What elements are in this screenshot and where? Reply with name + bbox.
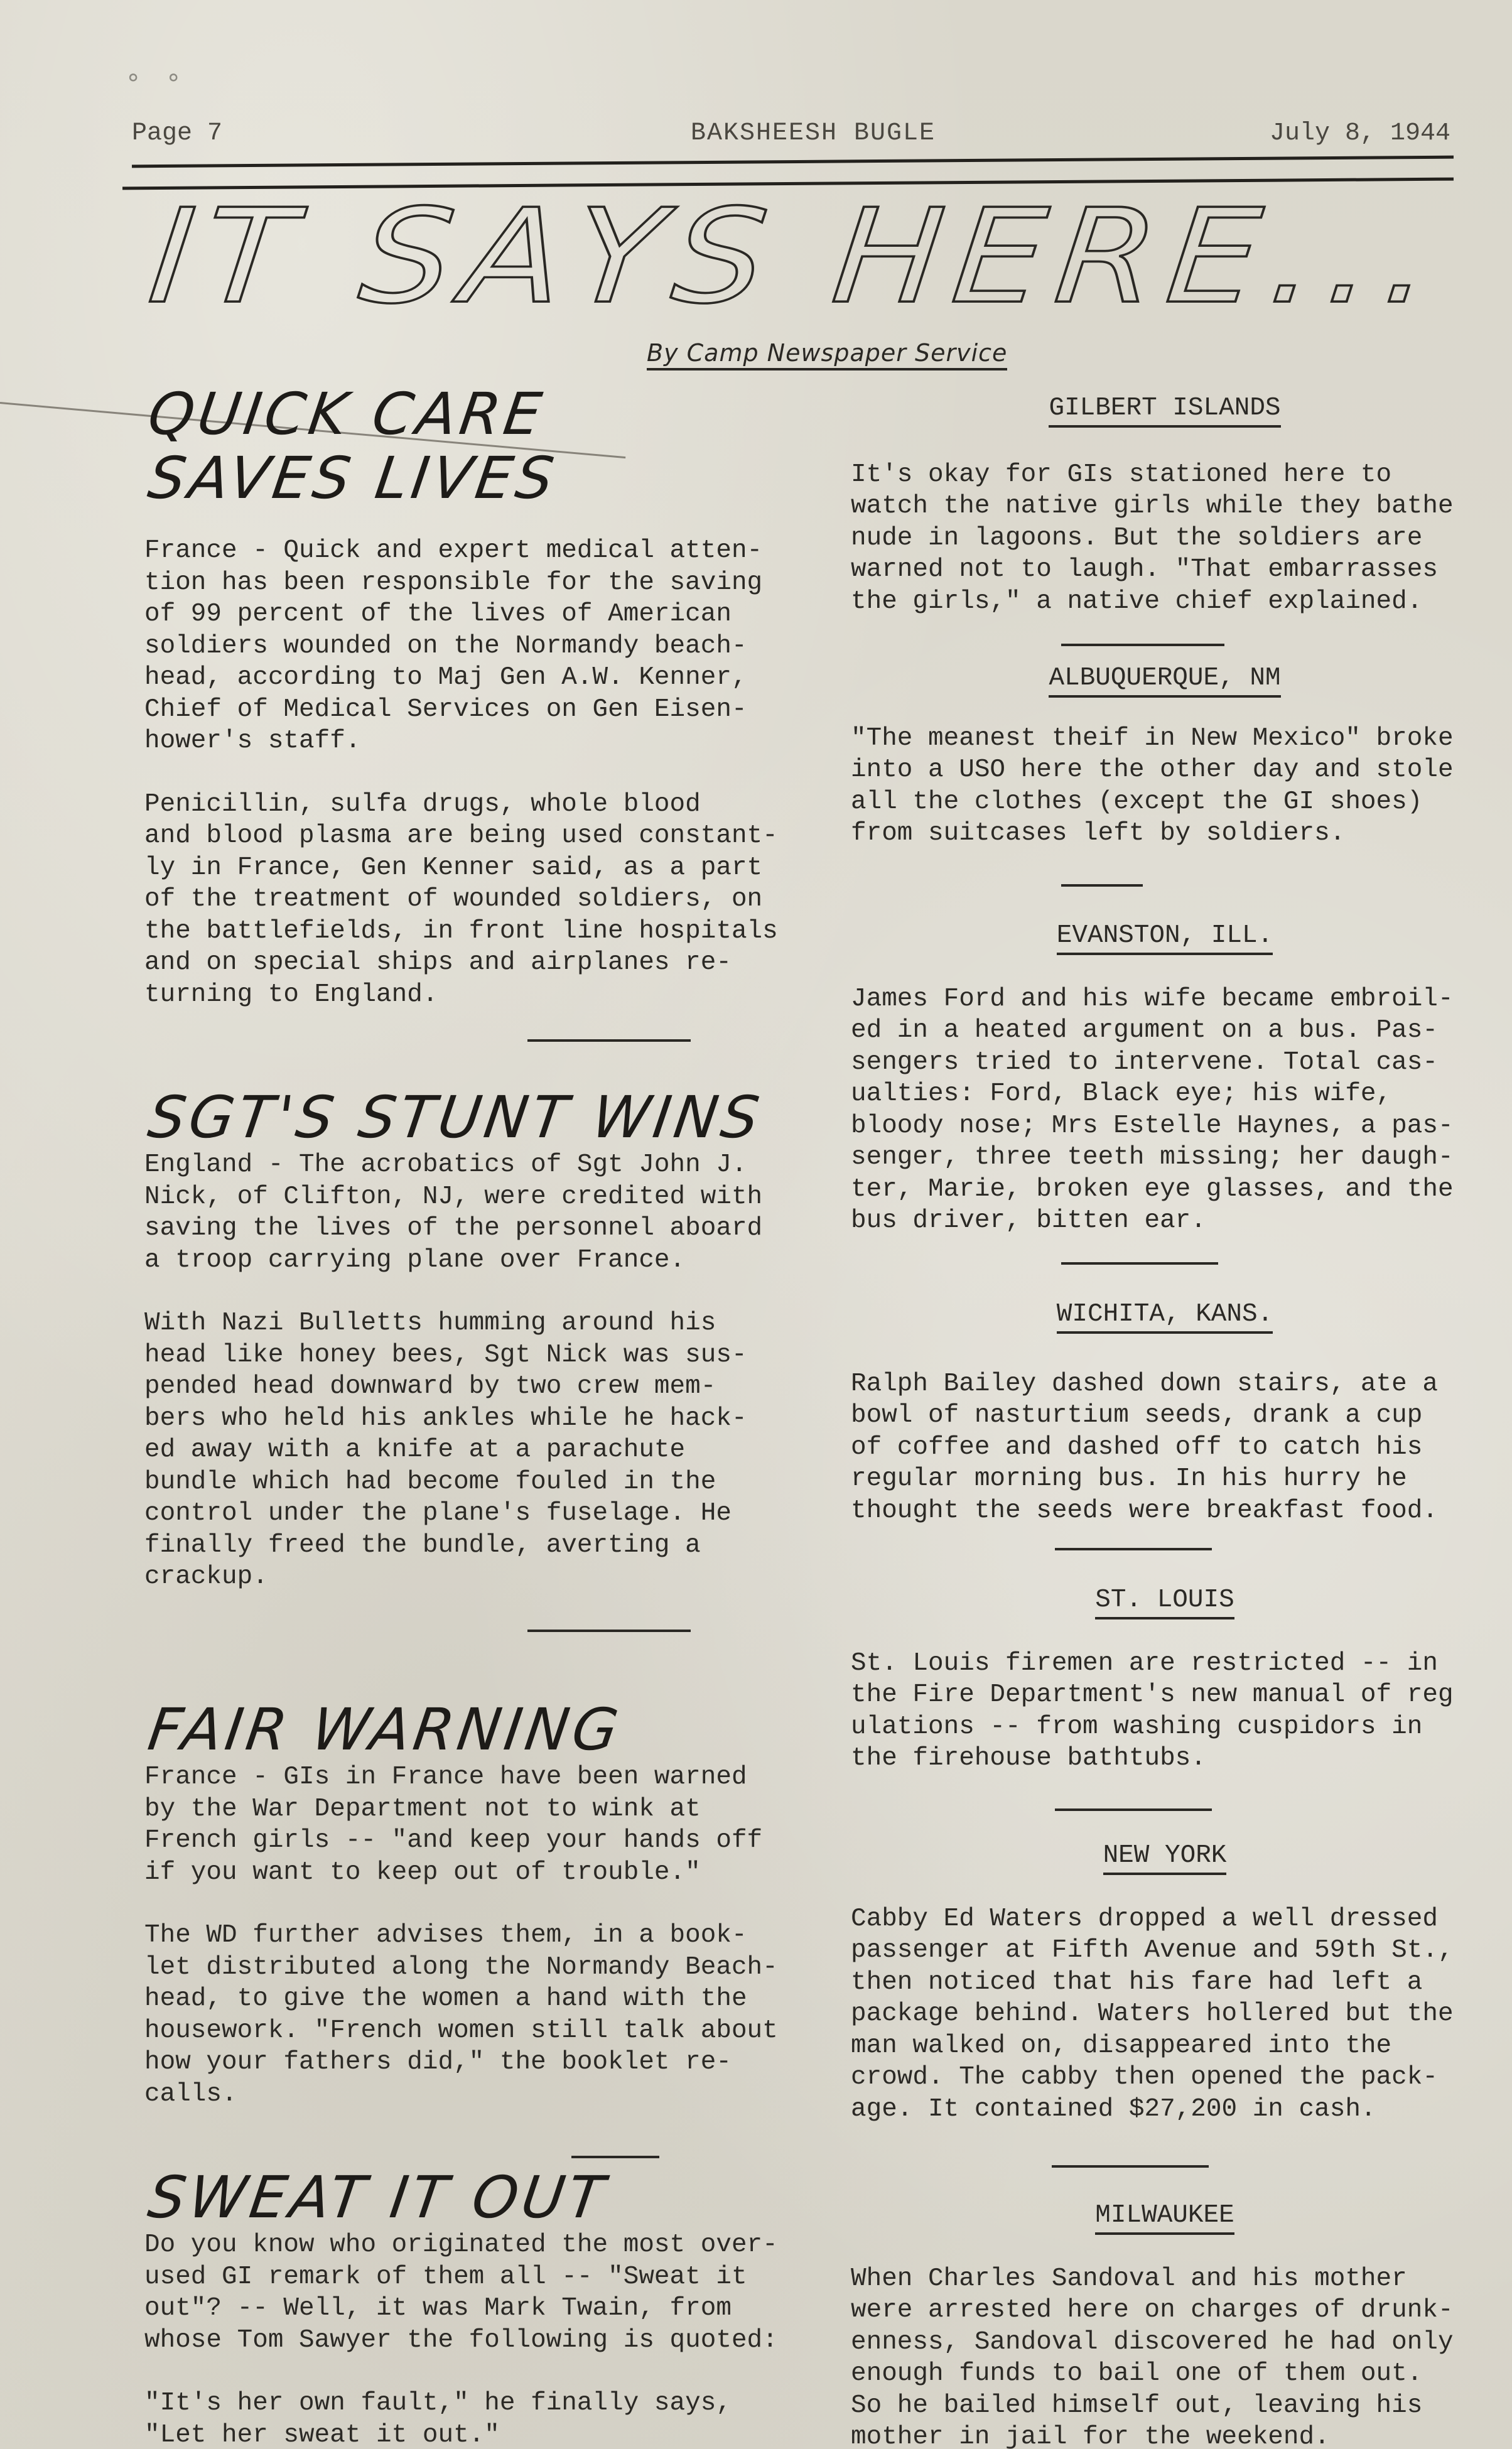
brief-new-york: NEW YORK Cabby Ed Waters dropped a well …	[851, 1840, 1479, 2125]
brief-dateline: NEW YORK	[851, 1840, 1479, 1872]
brief-st-louis: ST. LOUIS St. Louis firemen are restrict…	[851, 1584, 1479, 1775]
story-paragraph: France - Quick and expert medical atten-…	[144, 535, 823, 757]
brief-text: Ralph Bailey dashed down stairs, ate a b…	[851, 1368, 1479, 1527]
story-quick-care: QUICK CARE SAVES LIVES France - Quick an…	[144, 383, 823, 1010]
brief-divider	[1061, 644, 1224, 646]
page-number: Page 7	[132, 119, 222, 148]
brief-dateline: EVANSTON, ILL.	[851, 920, 1479, 952]
header-rule-top	[132, 156, 1454, 168]
story-sgts-stunt: SGT'S STUNT WINS England - The acrobatic…	[144, 1086, 823, 1593]
brief-divider	[1052, 2165, 1209, 2168]
story-paragraph: England - The acrobatics of Sgt John J. …	[144, 1149, 823, 1276]
story-fair-warning: FAIR WARNING France - GIs in France have…	[144, 1699, 823, 2110]
brief-divider	[1061, 1262, 1218, 1265]
story-paragraph: "It's her own fault," he finally says, "…	[144, 2387, 823, 2449]
story-paragraph: France - GIs in France have been warned …	[144, 1761, 823, 1888]
story-headline: SGT'S STUNT WINS	[144, 1086, 831, 1149]
brief-dateline: MILWAUKEE	[851, 2200, 1479, 2232]
brief-divider	[1055, 1808, 1212, 1811]
brief-dateline: ALBUQUERQUE, NM	[851, 662, 1479, 695]
brief-text: St. Louis firemen are restricted -- in t…	[851, 1648, 1479, 1775]
brief-text: When Charles Sandoval and his mother wer…	[851, 2263, 1479, 2449]
page-header: Page 7 BAKSHEESH BUGLE July 8, 1944	[132, 119, 1450, 157]
brief-divider	[1061, 884, 1143, 887]
brief-text: James Ford and his wife became embroil- …	[851, 983, 1479, 1237]
story-headline: FAIR WARNING	[144, 1699, 831, 1761]
brief-text: Cabby Ed Waters dropped a well dressed p…	[851, 1903, 1479, 2126]
story-divider	[571, 2156, 659, 2158]
story-paragraph: Penicillin, sulfa drugs, whole blood and…	[144, 789, 823, 1011]
brief-gilbert-islands: GILBERT ISLANDS It's okay for GIs statio…	[851, 392, 1479, 617]
story-paragraph: With Nazi Bulletts humming around his he…	[144, 1307, 823, 1593]
story-headline: QUICK CARE	[144, 383, 831, 446]
brief-wichita: WICHITA, KANS. Ralph Bailey dashed down …	[851, 1299, 1479, 1527]
brief-milwaukee: MILWAUKEE When Charles Sandoval and his …	[851, 2200, 1479, 2449]
issue-date: July 8, 1944	[1270, 119, 1450, 148]
byline: By Camp Newspaper Service	[647, 339, 1007, 370]
story-paragraph: Do you know who originated the most over…	[144, 2229, 823, 2356]
story-divider	[527, 1039, 691, 1042]
brief-dateline: WICHITA, KANS.	[851, 1299, 1479, 1331]
brief-dateline: GILBERT ISLANDS	[851, 392, 1479, 424]
brief-dateline: ST. LOUIS	[851, 1584, 1479, 1616]
publication-name: BAKSHEESH BUGLE	[691, 119, 936, 148]
story-headline: SWEAT IT OUT	[144, 2166, 831, 2229]
section-title: IT SAYS HERE...	[143, 178, 1402, 337]
story-divider	[527, 1630, 691, 1632]
brief-albuquerque: ALBUQUERQUE, NM "The meanest theif in Ne…	[851, 662, 1479, 850]
story-headline: SAVES LIVES	[144, 447, 831, 510]
brief-evanston: EVANSTON, ILL. James Ford and his wife b…	[851, 920, 1479, 1237]
story-sweat-it-out: SWEAT IT OUT Do you know who originated …	[144, 2166, 823, 2449]
story-paragraph: The WD further advises them, in a book- …	[144, 1920, 823, 2110]
brief-text: "The meanest theif in New Mexico" broke …	[851, 723, 1479, 850]
brief-text: It's okay for GIs stationed here to watc…	[851, 459, 1479, 618]
brief-divider	[1055, 1548, 1212, 1550]
staple-holes: ∘ ∘	[126, 63, 186, 94]
